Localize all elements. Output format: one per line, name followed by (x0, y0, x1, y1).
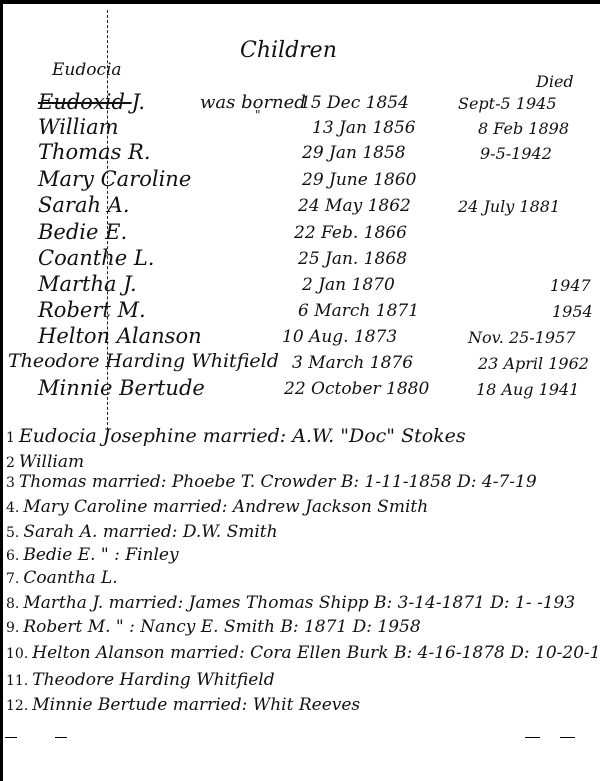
marriage-note: 6.Bedie E. " : Finley (6, 545, 179, 565)
birth-date: 13 Jan 1856 (312, 118, 416, 138)
page-title: Children (240, 38, 337, 63)
child-name: Mary Caroline (38, 167, 191, 191)
note-text: Bedie E. " : Finley (23, 545, 178, 565)
scan-top-border (0, 0, 600, 4)
note-number: 2 (6, 455, 15, 471)
birth-date: 10 Aug. 1873 (282, 327, 397, 347)
note-text: Theodore Harding Whitfield (32, 670, 274, 690)
child-name: Eudoxid J. (38, 90, 145, 114)
child-name: Robert M. (38, 298, 146, 322)
note-number: 3 (6, 475, 15, 491)
marriage-note: 3Thomas married: Phoebe T. Crowder B: 1-… (6, 472, 537, 492)
death-date: 8 Feb 1898 (478, 119, 569, 138)
note-text: Thomas married: Phoebe T. Crowder B: 1-1… (19, 472, 537, 492)
note-number: 7. (6, 571, 19, 587)
birth-date: 2 Jan 1870 (302, 275, 395, 295)
scan-left-border (0, 0, 3, 781)
death-date: 24 July 1881 (458, 197, 560, 216)
scan-mark (5, 737, 17, 738)
death-date: 1954 (552, 302, 593, 321)
middle-initial: J. (132, 90, 145, 114)
note-text: Sarah A. married: D.W. Smith (23, 522, 277, 542)
note-text: William (19, 452, 84, 472)
marriage-note: 5.Sarah A. married: D.W. Smith (6, 522, 278, 542)
note-number: 5. (6, 525, 19, 541)
birth-date: 22 Feb. 1866 (294, 223, 407, 243)
scan-mark (525, 737, 540, 738)
child-name: William (38, 115, 119, 139)
note-number: 1 (6, 430, 15, 446)
birth-date: 29 June 1860 (302, 170, 416, 190)
note-text: Coantha L. (23, 568, 117, 588)
marriage-note: 11.Theodore Harding Whitfield (6, 670, 275, 690)
death-date: 9-5-1942 (480, 144, 552, 163)
marriage-note: 12.Minnie Bertude married: Whit Reeves (6, 695, 360, 715)
death-date: 1947 (550, 276, 591, 295)
note-text: Helton Alanson married: Cora Ellen Burk … (32, 643, 600, 663)
birth-date: 15 Dec 1854 (300, 93, 409, 113)
death-date: 23 April 1962 (478, 354, 589, 373)
child-name: Sarah A. (38, 193, 130, 217)
marriage-note: 4.Mary Caroline married: Andrew Jackson … (6, 497, 428, 517)
child-name: Theodore Harding Whitfield (8, 350, 279, 372)
note-number: 4. (6, 500, 19, 516)
child-name: Coanthe L. (38, 246, 154, 270)
ditto-mark: " (255, 108, 261, 122)
child-name: Thomas R. (38, 140, 151, 164)
note-number: 8. (6, 596, 19, 612)
marriage-note: 2William (6, 452, 84, 472)
alternate-first-name: Eudocia (52, 60, 122, 80)
scan-mark (55, 737, 67, 738)
note-number: 11. (6, 673, 28, 689)
death-date: Nov. 25-1957 (468, 328, 575, 347)
note-number: 12. (6, 698, 28, 714)
scan-mark (560, 737, 575, 738)
struck-name: Eudoxid (38, 90, 132, 114)
death-date: Sept-5 1945 (458, 94, 557, 113)
child-name: Helton Alanson (38, 324, 202, 348)
marriage-note: 9.Robert M. " : Nancy E. Smith B: 1871 D… (6, 617, 421, 637)
died-column-header: Died (536, 72, 574, 91)
marriage-note: 7.Coantha L. (6, 568, 118, 588)
birth-date: 6 March 1871 (298, 301, 419, 321)
marriage-note: 1Eudocia Josephine married: A.W. "Doc" S… (6, 425, 466, 447)
born-phrase: was borned (200, 92, 306, 113)
birth-date: 25 Jan. 1868 (298, 249, 407, 269)
note-number: 10. (6, 646, 28, 662)
child-name: Martha J. (38, 272, 137, 296)
marriage-note: 10.Helton Alanson married: Cora Ellen Bu… (6, 643, 600, 663)
note-text: Robert M. " : Nancy E. Smith B: 1871 D: … (23, 617, 420, 637)
birth-date: 22 October 1880 (284, 379, 429, 399)
note-number: 9. (6, 620, 19, 636)
note-text: Minnie Bertude married: Whit Reeves (32, 695, 360, 715)
note-text: Mary Caroline married: Andrew Jackson Sm… (23, 497, 428, 517)
birth-date: 24 May 1862 (298, 196, 411, 216)
birth-date: 29 Jan 1858 (302, 143, 406, 163)
note-text: Eudocia Josephine married: A.W. "Doc" St… (19, 425, 466, 447)
birth-date: 3 March 1876 (292, 353, 413, 373)
child-name: Bedie E. (38, 220, 127, 244)
marriage-note: 8.Martha J. married: James Thomas Shipp … (6, 593, 575, 613)
note-text: Martha J. married: James Thomas Shipp B:… (23, 593, 575, 613)
child-name: Minnie Bertude (38, 376, 205, 400)
note-number: 6. (6, 548, 19, 564)
death-date: 18 Aug 1941 (476, 380, 579, 399)
